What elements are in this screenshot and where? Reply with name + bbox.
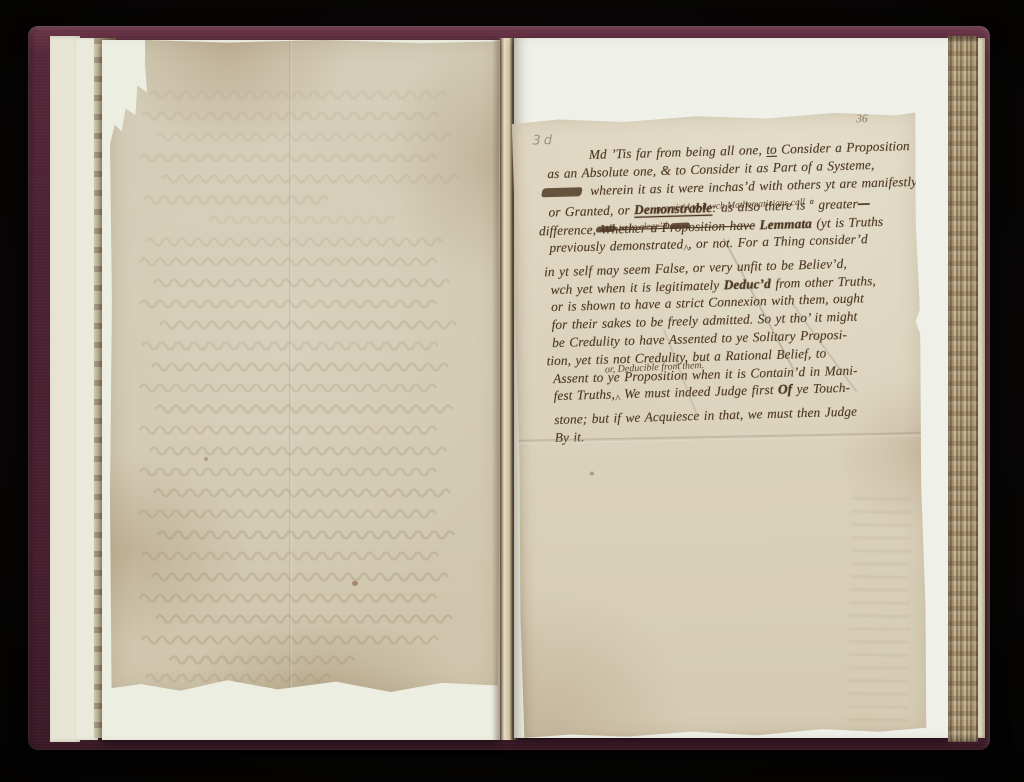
- fold-crease: [289, 40, 292, 692]
- manuscript-text-block: Md ’Tis far from being all one, to Consi…: [537, 137, 925, 447]
- foxing-spot: [204, 457, 208, 461]
- foxing-spot: [590, 471, 594, 475]
- fore-edge-endpaper-strip: [978, 38, 985, 738]
- left-manuscript-leaf: [110, 40, 500, 692]
- ink-bleedthrough-writing: [110, 40, 500, 692]
- faint-showthrough: [848, 490, 912, 721]
- manuscript-photograph: 3d 36 premis’d to it wch Mathematicians …: [0, 0, 1024, 782]
- right-manuscript-leaf: 3d 36 premis’d to it wch Mathematicians …: [510, 110, 928, 740]
- foxing-spot: [352, 581, 358, 586]
- folio-number: 36: [856, 113, 868, 125]
- fore-edge-page-stack: [948, 36, 978, 742]
